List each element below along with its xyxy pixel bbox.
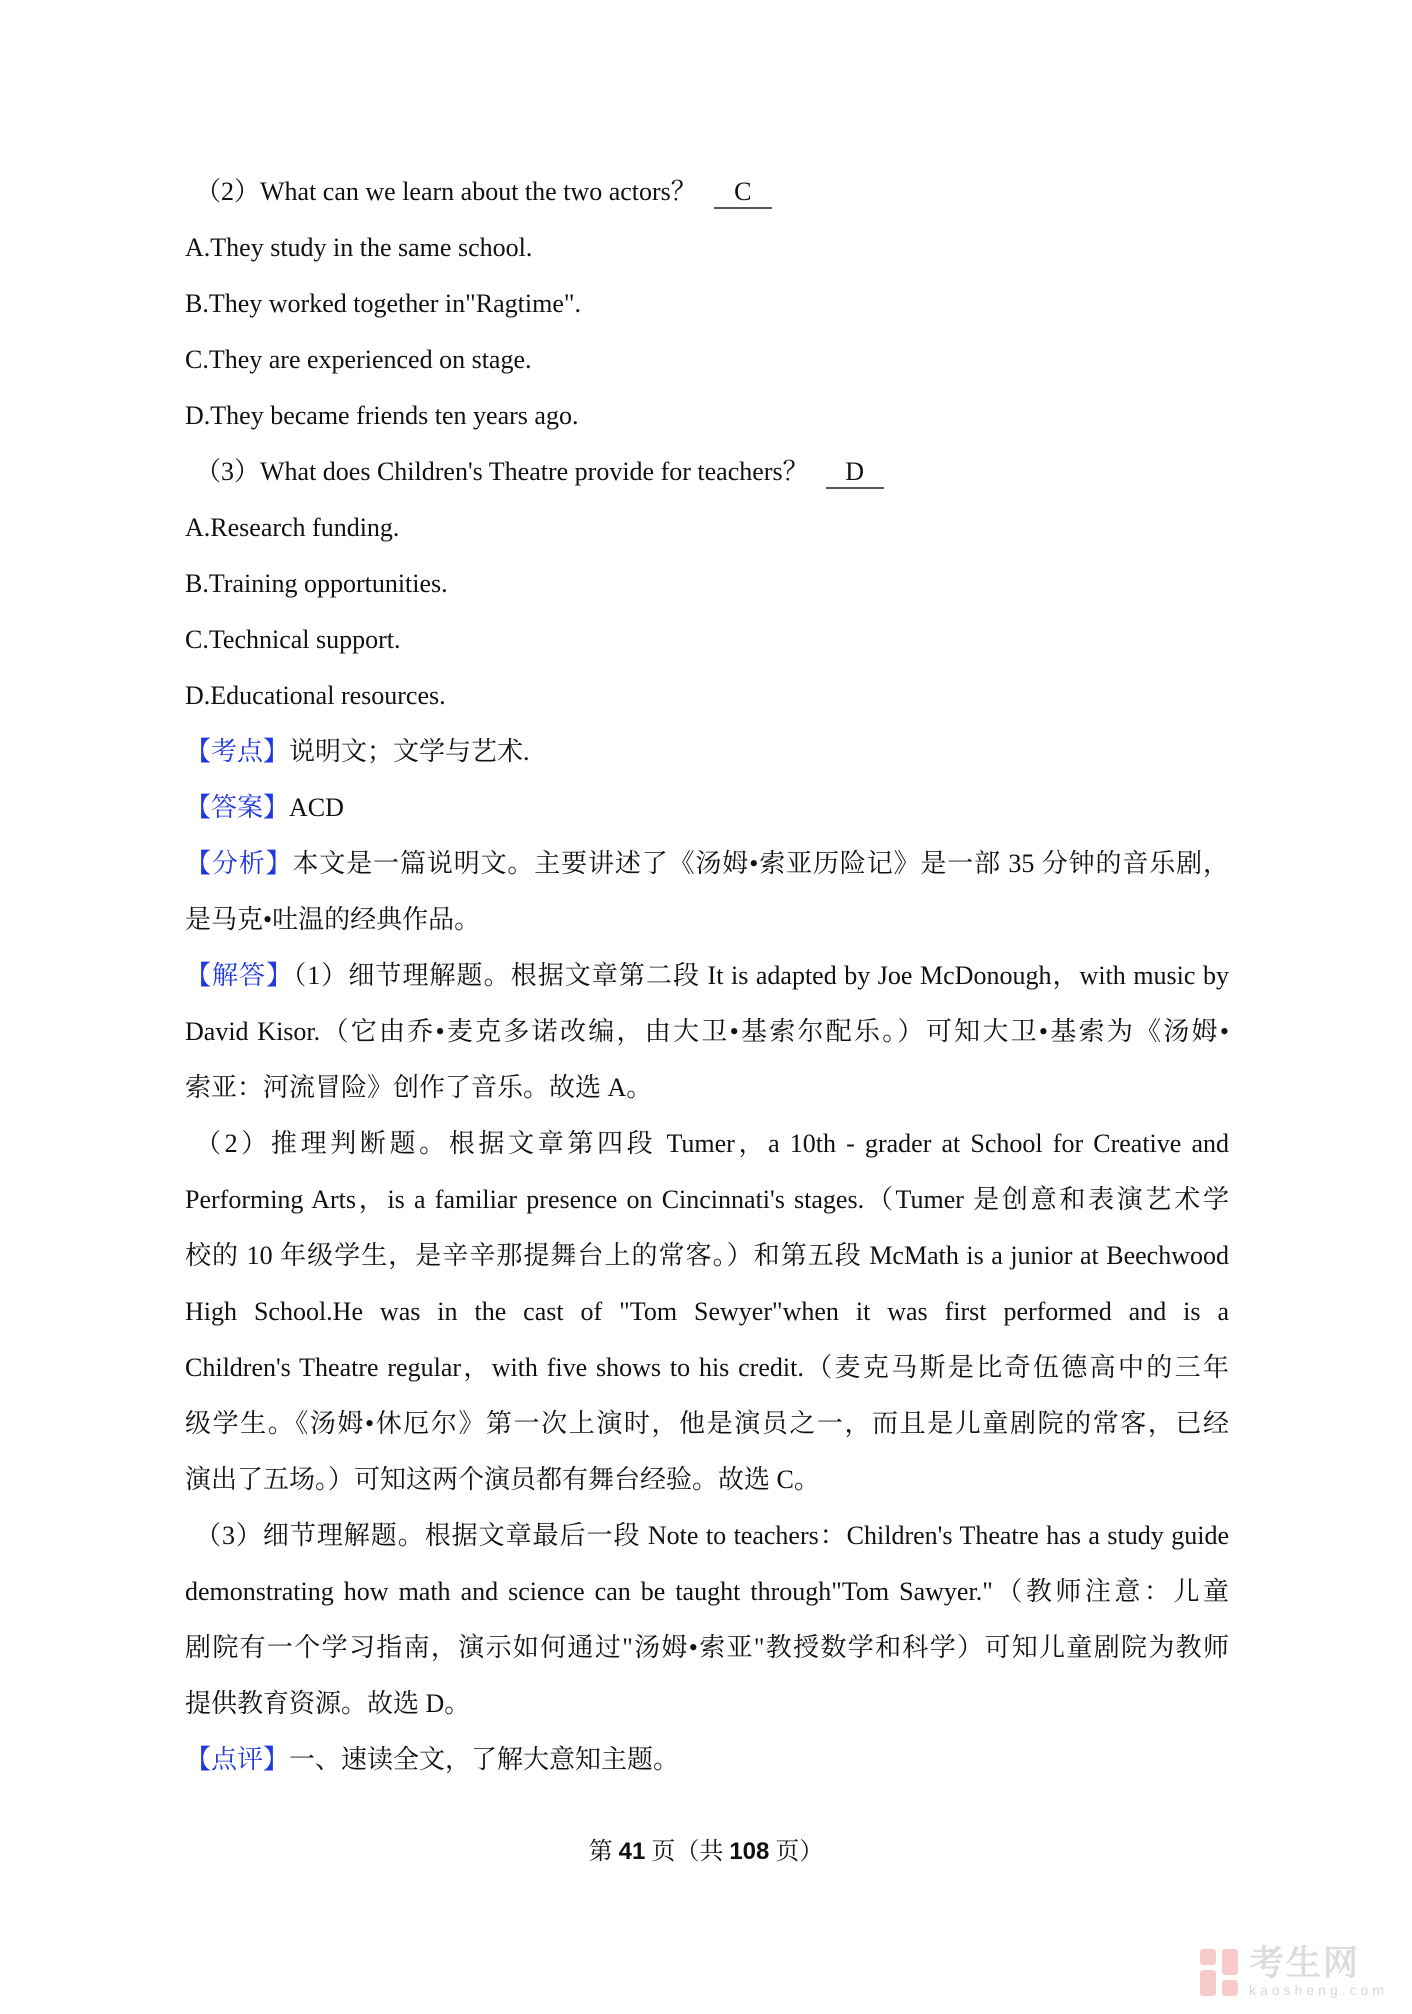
question-line: （3）What does Children's Theatre provide … [185, 444, 1229, 500]
section-label: 【点评】 [185, 1745, 289, 1774]
section-label: 【答案】 [185, 793, 289, 822]
line-text: D.They became friends ten years ago. [185, 401, 578, 430]
text-line: 是马克•吐温的经典作品。 [185, 892, 1229, 948]
option-line: B.Training opportunities. [185, 556, 1229, 612]
footer-prefix: 第 [589, 1839, 619, 1865]
text-line: （2）推理判断题。根据文章第四段 Tumer，a 10th - grader a… [185, 1116, 1229, 1172]
line-text: ACD [289, 793, 344, 822]
labeled-line: 【分析】本文是一篇说明文。主要讲述了《汤姆•索亚历险记》是一部 35 分钟的音乐… [185, 836, 1229, 892]
line-text: 一、速读全文，了解大意知主题。 [289, 1745, 679, 1774]
line-text: （2）What can we learn about the two actor… [195, 177, 697, 206]
text-line: 级学生。《汤姆•休厄尔》第一次上演时，他是演员之一，而且是儿童剧院的常客，已经 [185, 1396, 1229, 1452]
text-line: demonstrating how math and science can b… [185, 1564, 1229, 1620]
option-line: C.They are experienced on stage. [185, 332, 1229, 388]
line-text: （2）推理判断题。根据文章第四段 Tumer，a 10th - grader a… [195, 1129, 1229, 1158]
line-text: B.They worked together in"Ragtime". [185, 289, 581, 318]
line-text: C.They are experienced on stage. [185, 345, 532, 374]
kaosheng-h-icon [1200, 1949, 1238, 1996]
text-line: Children's Theatre regular，with five sho… [185, 1340, 1229, 1396]
line-text: 索亚：河流冒险》创作了音乐。故选 A。 [185, 1073, 652, 1102]
line-text: C.Technical support. [185, 625, 401, 654]
labeled-line: 【考点】说明文；文学与艺术. [185, 724, 1229, 780]
line-text: （3）细节理解题。根据文章最后一段 Note to teachers：Child… [195, 1521, 1229, 1550]
footer-suffix: 页） [769, 1839, 823, 1865]
line-text: D.Educational resources. [185, 681, 446, 710]
footer-middle: 页（共 [645, 1839, 729, 1865]
option-line: A.They study in the same school. [185, 220, 1229, 276]
text-line: 演出了五场。）可知这两个演员都有舞台经验。故选 C。 [185, 1452, 1229, 1508]
line-text: 演出了五场。）可知这两个演员都有舞台经验。故选 C。 [185, 1465, 820, 1494]
text-line: Performing Arts，is a familiar presence o… [185, 1172, 1229, 1228]
labeled-line: 【解答】（1）细节理解题。根据文章第二段 It is adapted by Jo… [185, 948, 1229, 1004]
watermark-site-url: kaosheng.com [1249, 1982, 1388, 1998]
option-line: D.They became friends ten years ago. [185, 388, 1229, 444]
text-line: High School.He was in the cast of "Tom S… [185, 1284, 1229, 1340]
text-line: 校的 10 年级学生，是辛辛那提舞台上的常客。）和第五段 McMath is a… [185, 1228, 1229, 1284]
line-text: A.They study in the same school. [185, 233, 532, 262]
labeled-line: 【点评】一、速读全文，了解大意知主题。 [185, 1732, 1229, 1788]
text-line: （3）细节理解题。根据文章最后一段 Note to teachers：Child… [185, 1508, 1229, 1564]
line-text: Performing Arts，is a familiar presence o… [185, 1185, 1229, 1214]
line-text: 是马克•吐温的经典作品。 [185, 905, 480, 934]
line-text: 剧院有一个学习指南，演示如何通过"汤姆•索亚"教授数学和科学）可知儿童剧院为教师 [185, 1633, 1229, 1662]
line-text: demonstrating how math and science can b… [185, 1577, 1229, 1606]
footer-page-number: 41 [619, 1838, 646, 1865]
text-line: David Kisor.（它由乔•麦克多诺改编，由大卫•基索尔配乐。）可知大卫•… [185, 1004, 1229, 1060]
line-text: （3）What does Children's Theatre provide … [195, 457, 809, 486]
line-text: A.Research funding. [185, 513, 399, 542]
line-text: Children's Theatre regular，with five sho… [185, 1353, 1229, 1382]
line-text: B.Training opportunities. [185, 569, 448, 598]
line-text: 本文是一篇说明文。主要讲述了《汤姆•索亚历险记》是一部 35 分钟的音乐剧， [292, 849, 1229, 878]
line-text: （1）细节理解题。根据文章第二段 It is adapted by Joe Mc… [293, 961, 1229, 990]
page: { "accent": { "label_blue": "#2038e0", "… [0, 0, 1412, 2014]
section-label: 【解答】 [185, 961, 293, 990]
answer-blank: C [714, 177, 772, 209]
option-line: A.Research funding. [185, 500, 1229, 556]
labeled-line: 【答案】ACD [185, 780, 1229, 836]
text-line: 提供教育资源。故选 D。 [185, 1676, 1229, 1732]
watermark-text: 考生网 kaosheng.com [1249, 1947, 1388, 1998]
document-body: （2）What can we learn about the two actor… [185, 164, 1229, 1788]
watermark-site-name: 考生网 [1249, 1947, 1360, 1981]
answer-blank: D [826, 457, 884, 489]
line-text: David Kisor.（它由乔•麦克多诺改编，由大卫•基索尔配乐。）可知大卫•… [185, 1017, 1229, 1046]
text-line: 剧院有一个学习指南，演示如何通过"汤姆•索亚"教授数学和科学）可知儿童剧院为教师 [185, 1620, 1229, 1676]
line-text: High School.He was in the cast of "Tom S… [185, 1297, 1229, 1326]
section-label: 【考点】 [185, 737, 289, 766]
line-text: 提供教育资源。故选 D。 [185, 1689, 470, 1718]
option-line: C.Technical support. [185, 612, 1229, 668]
watermark-logo: 考生网 kaosheng.com [1200, 1947, 1388, 1998]
line-text: 校的 10 年级学生，是辛辛那提舞台上的常客。）和第五段 McMath is a… [185, 1241, 1229, 1270]
option-line: D.Educational resources. [185, 668, 1229, 724]
footer-total-pages: 108 [729, 1838, 769, 1865]
line-text: 说明文；文学与艺术. [289, 737, 530, 766]
page-footer: 第 41 页（共 108 页） [0, 1836, 1412, 1868]
section-label: 【分析】 [185, 849, 292, 878]
text-line: 索亚：河流冒险》创作了音乐。故选 A。 [185, 1060, 1229, 1116]
question-line: （2）What can we learn about the two actor… [185, 164, 1229, 220]
option-line: B.They worked together in"Ragtime". [185, 276, 1229, 332]
line-text: 级学生。《汤姆•休厄尔》第一次上演时，他是演员之一，而且是儿童剧院的常客，已经 [185, 1409, 1229, 1438]
